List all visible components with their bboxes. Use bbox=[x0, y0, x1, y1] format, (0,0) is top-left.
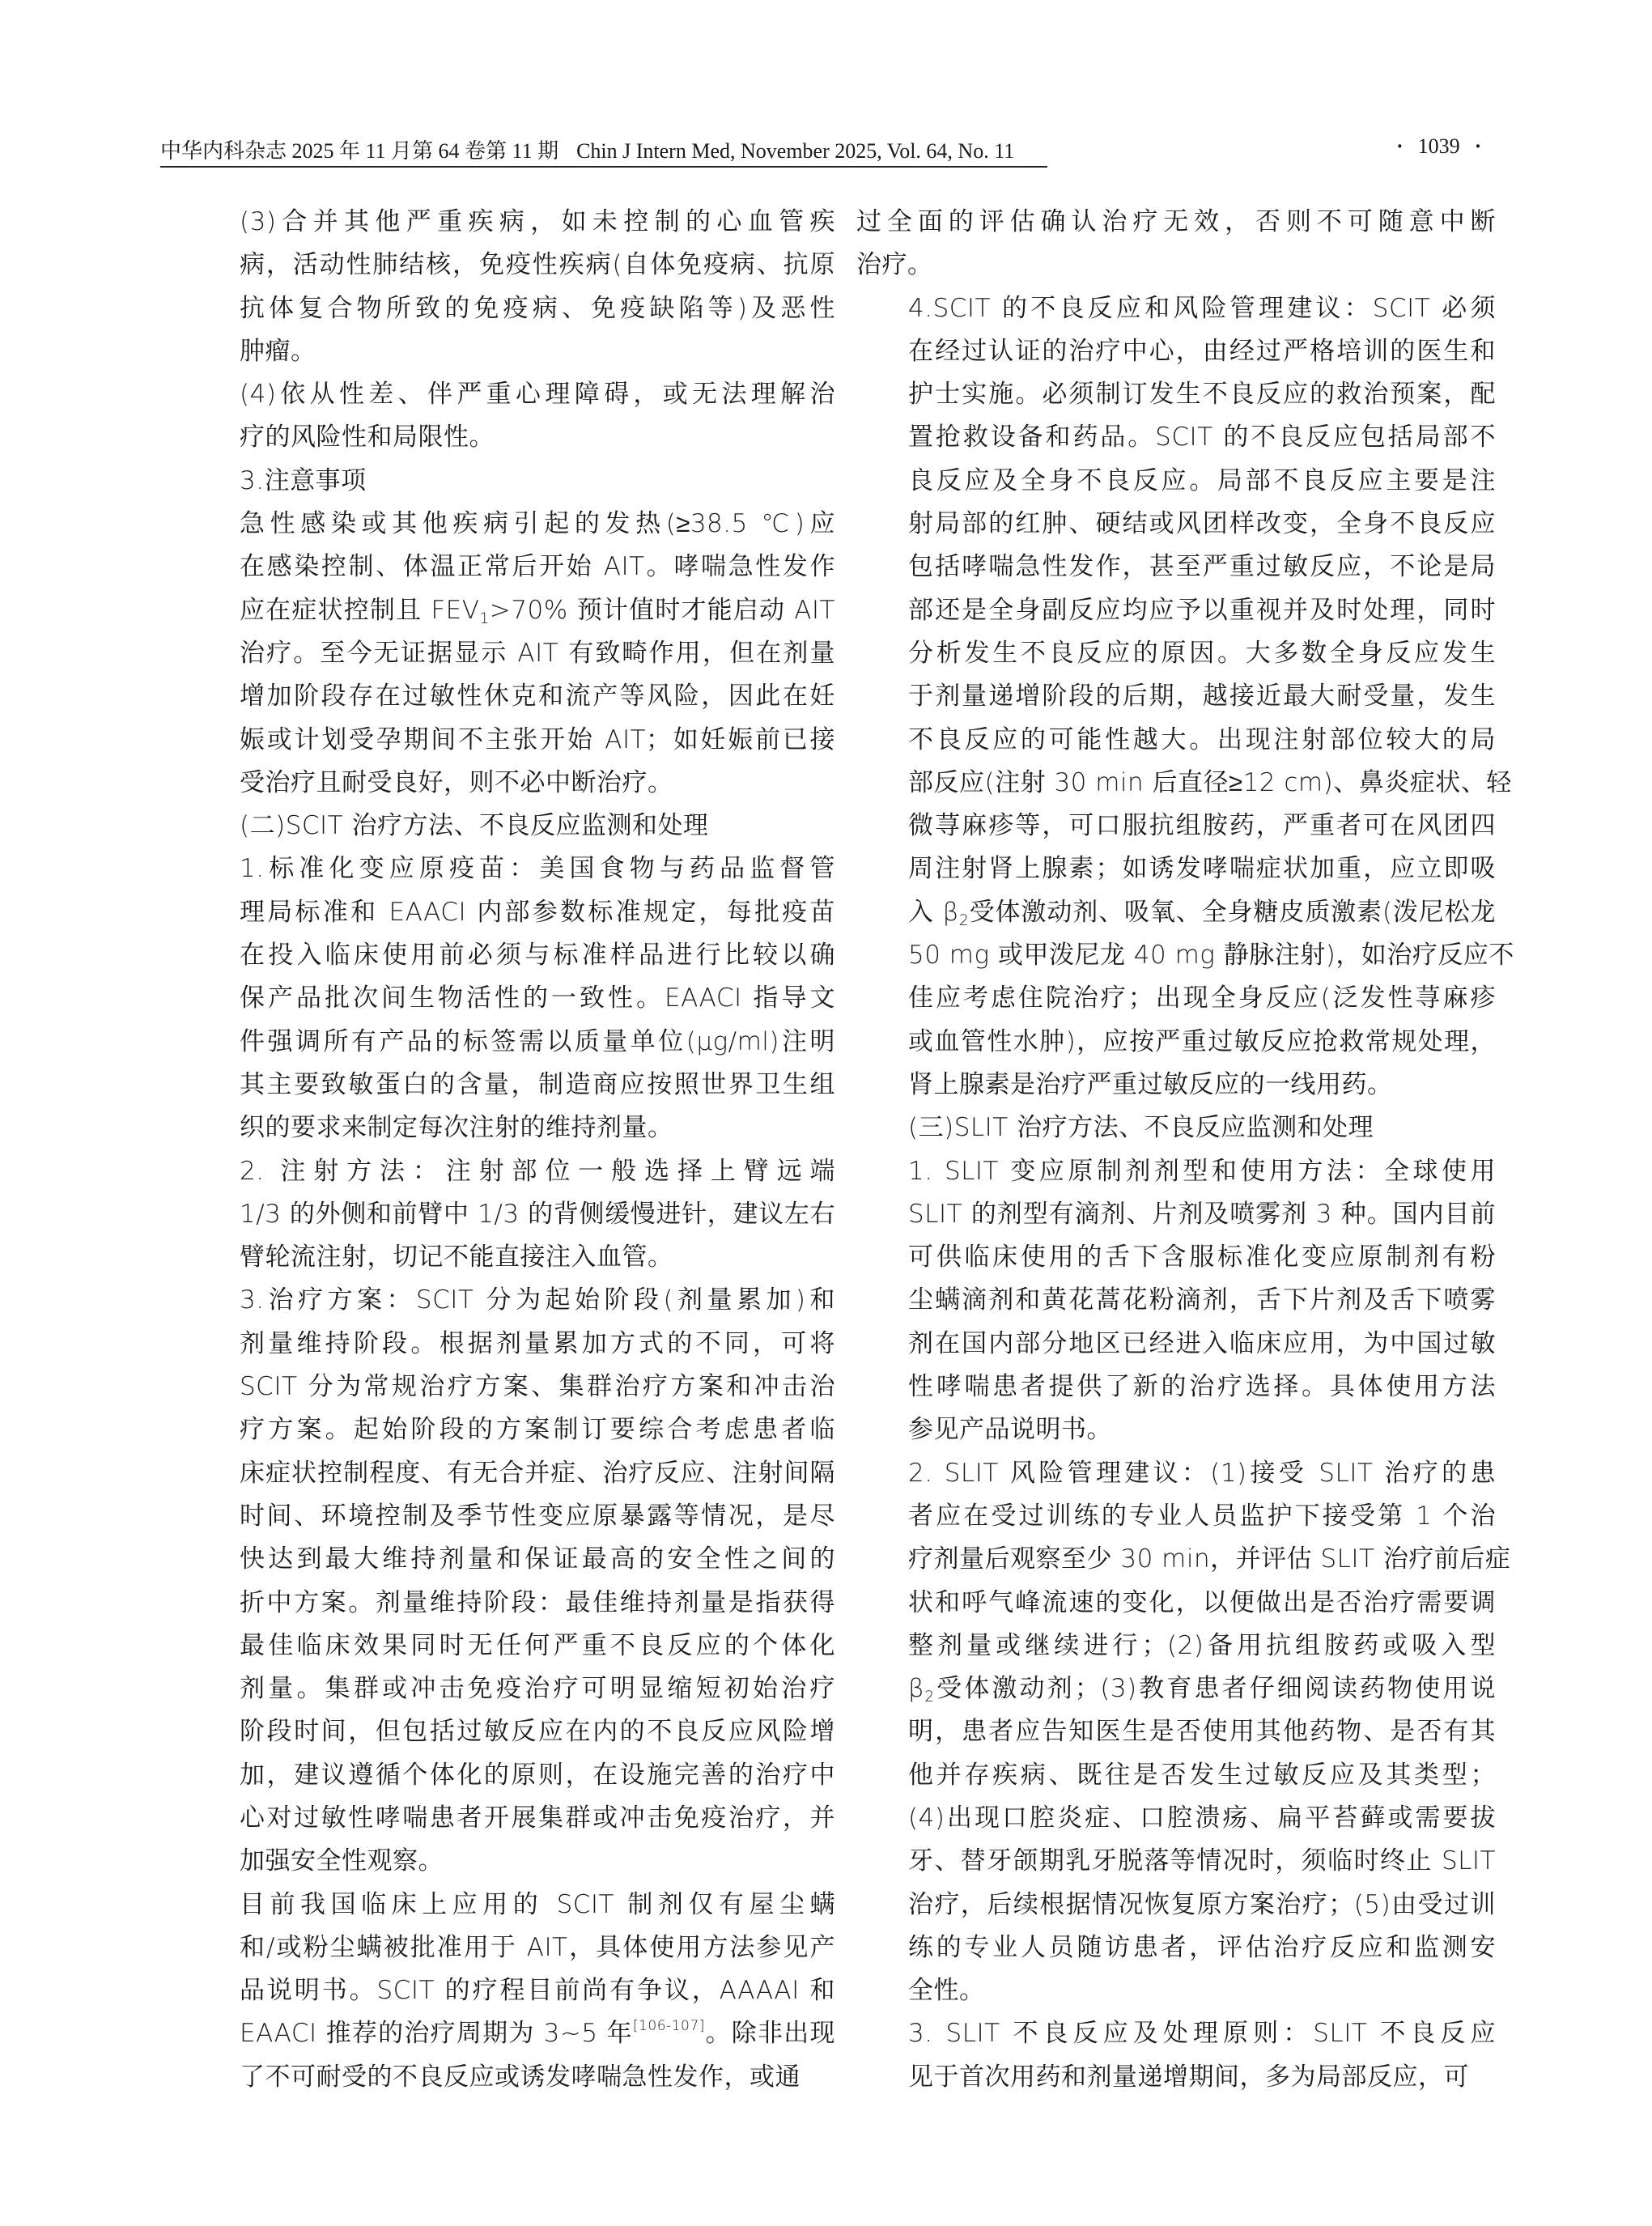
text-line: 参见产品说明书。 bbox=[856, 1408, 1496, 1451]
paragraph-contra-3: (3)合并其他严重疾病，如未控制的心血管疾病，活动性肺结核，免疫性疾病(自体免疫… bbox=[188, 201, 835, 373]
text-line: 加，建议遵循个体化的原则，在设施完善的治疗中 bbox=[188, 1754, 835, 1797]
text-line: 最佳临床效果同时无任何严重不良反应的个体化 bbox=[188, 1625, 835, 1667]
text-line: 50 mg 或甲泼尼龙 40 mg 静脉注射)，如治疗反应不 bbox=[856, 934, 1496, 977]
text-line: 见于首次用药和剂量递增期间，多为局部反应，可 bbox=[856, 2056, 1496, 2099]
text-line: 过全面的评估确认治疗无效，否则不可随意中断 bbox=[856, 201, 1496, 244]
text-line: 肿瘤。 bbox=[188, 330, 835, 373]
paragraph-scit-1: 1.标准化变应原疫苗：美国食物与药品监督管理局标准和 EAACI 内部参数标准规… bbox=[188, 847, 835, 1149]
page-number-value: 1039 bbox=[1418, 134, 1460, 158]
bullet-dot-icon: · bbox=[1396, 134, 1404, 158]
paragraph-slit-1: 1. SLIT 变应原制剂剂型和使用方法：全球使用SLIT 的剂型有滴剂、片剂及… bbox=[856, 1150, 1496, 1452]
text-line: β2受体激动剂；(3)教育患者仔细阅读药物使用说 bbox=[856, 1667, 1496, 1710]
text-line: 置抢救设备和药品。SCIT 的不良反应包括局部不 bbox=[856, 416, 1496, 459]
text-line: 部还是全身副反应均应予以重视并及时处理，同时 bbox=[856, 589, 1496, 632]
text-line: 治疗。 bbox=[856, 244, 1496, 287]
text-line: (三)SLIT 治疗方法、不良反应监测和处理 bbox=[856, 1107, 1496, 1149]
text-line: 和/或粉尘螨被批准用于 AIT，具体使用方法参见产 bbox=[188, 1927, 835, 1969]
text-line: 剂量。集群或冲击免疫治疗可明显缩短初始治疗 bbox=[188, 1667, 835, 1710]
text-line: 3.注意事项 bbox=[188, 460, 835, 503]
paragraph-scit-current-cont: 过全面的评估确认治疗无效，否则不可随意中断治疗。 bbox=[856, 201, 1496, 287]
text-line: 疗的风险性和局限性。 bbox=[188, 416, 835, 459]
text-line: 2. SLIT 风险管理建议：(1)接受 SLIT 治疗的患 bbox=[856, 1452, 1496, 1495]
text-line: (二)SCIT 治疗方法、不良反应监测和处理 bbox=[188, 805, 835, 847]
text-line: 他并存疾病、既往是否发生过敏反应及其类型； bbox=[856, 1754, 1496, 1797]
paragraph-slit-3: 3. SLIT 不良反应及处理原则：SLIT 不良反应见于首次用药和剂量递增期间… bbox=[856, 2012, 1496, 2099]
paragraph-scit-4: 4.SCIT 的不良反应和风险管理建议：SCIT 必须在经过认证的治疗中心，由经… bbox=[856, 287, 1496, 1107]
text-line: 肾上腺素是治疗严重过敏反应的一线用药。 bbox=[856, 1064, 1496, 1107]
text-line: 1/3 的外侧和前臂中 1/3 的背侧缓慢进针，建议左右 bbox=[188, 1193, 835, 1236]
running-header: 中华内科杂志 2025 年 11 月第 64 卷第 11 期Chin J Int… bbox=[160, 130, 1504, 167]
text-line: 时间、环境控制及季节性变应原暴露等情况，是尽 bbox=[188, 1495, 835, 1538]
text-line: 4.SCIT 的不良反应和风险管理建议：SCIT 必须 bbox=[856, 287, 1496, 330]
text-line: 治疗。至今无证据显示 AIT 有致畸作用，但在剂量 bbox=[188, 632, 835, 675]
paragraph-notes-body: 急性感染或其他疾病引起的发热(≥38.5 ℃)应在感染控制、体温正常后开始 AI… bbox=[188, 503, 835, 805]
page-number: ·1039· bbox=[1382, 134, 1496, 159]
text-line: 或血管性水肿)，应按严重过敏反应抢救常规处理， bbox=[856, 1021, 1496, 1064]
text-line: 射局部的红肿、硬结或风团样改变，全身不良反应 bbox=[856, 503, 1496, 546]
text-line: 治疗，后续根据情况恢复原方案治疗；(5)由受过训 bbox=[856, 1884, 1496, 1927]
text-line: 3. SLIT 不良反应及处理原则：SLIT 不良反应 bbox=[856, 2012, 1496, 2055]
text-line: 在投入临床使用前必须与标准样品进行比较以确 bbox=[188, 934, 835, 977]
text-line: 者应在受过训练的专业人员监护下接受第 1 个治 bbox=[856, 1495, 1496, 1538]
paragraph-scit-2: 2. 注射方法：注射部位一般选择上臂远端1/3 的外侧和前臂中 1/3 的背侧缓… bbox=[188, 1150, 835, 1280]
text-line: 状和呼气峰流速的变化，以便做出是否治疗需要调 bbox=[856, 1582, 1496, 1625]
text-line: EAACI 推荐的治疗周期为 3~5 年[106-107]。除非出现 bbox=[188, 2012, 835, 2055]
text-line: 件强调所有产品的标签需以质量单位(μg/ml)注明 bbox=[188, 1021, 835, 1064]
text-line: 理局标准和 EAACI 内部参数标准规定，每批疫苗 bbox=[188, 891, 835, 934]
paragraph-heading-notes: 3.注意事项 bbox=[188, 460, 835, 503]
text-line: 性哮喘患者提供了新的治疗选择。具体使用方法 bbox=[856, 1366, 1496, 1408]
text-line: 了不可耐受的不良反应或诱发哮喘急性发作，或通 bbox=[188, 2056, 835, 2099]
text-line: 心对过敏性哮喘患者开展集群或冲击免疫治疗，并 bbox=[188, 1797, 835, 1840]
text-line: 织的要求来制定每次注射的维持剂量。 bbox=[188, 1107, 835, 1149]
text-line: 抗体复合物所致的免疫病、免疫缺陷等)及恶性 bbox=[188, 287, 835, 330]
text-line: 入 β2受体激动剂、吸氧、全身糖皮质激素(泼尼松龙 bbox=[856, 891, 1496, 934]
text-line: 牙、替牙颌期乳牙脱落等情况时，须临时终止 SLIT bbox=[856, 1840, 1496, 1883]
journal-citation-en: Chin J Intern Med, November 2025, Vol. 6… bbox=[576, 139, 1014, 163]
text-line: 于剂量递增阶段的后期，越接近最大耐受量，发生 bbox=[856, 675, 1496, 718]
text-line: 剂量维持阶段。根据剂量累加方式的不同，可将 bbox=[188, 1323, 835, 1366]
text-line: 尘螨滴剂和黄花蒿花粉滴剂，舌下片剂及舌下喷雾 bbox=[856, 1279, 1496, 1322]
text-line: 品说明书。SCIT 的疗程目前尚有争议，AAAAI 和 bbox=[188, 1969, 835, 2012]
paragraph-heading-slit: (三)SLIT 治疗方法、不良反应监测和处理 bbox=[856, 1107, 1496, 1149]
text-line: 病，活动性肺结核，免疫性疾病(自体免疫病、抗原 bbox=[188, 244, 835, 287]
text-line: 可供临床使用的舌下含服标准化变应原制剂有粉 bbox=[856, 1236, 1496, 1279]
text-line: 1. SLIT 变应原制剂剂型和使用方法：全球使用 bbox=[856, 1150, 1496, 1193]
text-line: 3.治疗方案：SCIT 分为起始阶段(剂量累加)和 bbox=[188, 1279, 835, 1322]
text-line: 剂在国内部分地区已经进入临床应用，为中国过敏 bbox=[856, 1323, 1496, 1366]
bullet-dot-icon: · bbox=[1475, 134, 1482, 158]
text-line: 不良反应的可能性越大。出现注射部位较大的局 bbox=[856, 719, 1496, 762]
paragraph-scit-current: 目前我国临床上应用的 SCIT 制剂仅有屋尘螨和/或粉尘螨被批准用于 AIT，具… bbox=[188, 1884, 835, 2099]
text-line: (4)出现口腔炎症、口腔溃疡、扁平苔藓或需要拔 bbox=[856, 1797, 1496, 1840]
text-line: 部反应(注射 30 min 后直径≥12 cm)、鼻炎症状、轻 bbox=[856, 762, 1496, 805]
left-column: (3)合并其他严重疾病，如未控制的心血管疾病，活动性肺结核，免疫性疾病(自体免疫… bbox=[188, 201, 835, 2099]
text-line: 目前我国临床上应用的 SCIT 制剂仅有屋尘螨 bbox=[188, 1884, 835, 1927]
text-line: 增加阶段存在过敏性休克和流产等风险，因此在妊 bbox=[188, 675, 835, 718]
text-line: 包括哮喘急性发作，甚至严重过敏反应，不论是局 bbox=[856, 546, 1496, 588]
text-line: 练的专业人员随访患者，评估治疗反应和监测安 bbox=[856, 1927, 1496, 1969]
text-line: 疗剂量后观察至少 30 min，并评估 SLIT 治疗前后症 bbox=[856, 1538, 1496, 1581]
paragraph-slit-2: 2. SLIT 风险管理建议：(1)接受 SLIT 治疗的患者应在受过训练的专业… bbox=[856, 1452, 1496, 2013]
text-line: 加强安全性观察。 bbox=[188, 1840, 835, 1883]
text-line: 周注射肾上腺素；如诱发哮喘症状加重，应立即吸 bbox=[856, 847, 1496, 890]
text-line: SCIT 分为常规治疗方案、集群治疗方案和冲击治 bbox=[188, 1366, 835, 1408]
text-line: 全性。 bbox=[856, 1969, 1496, 2012]
text-line: 娠或计划受孕期间不主张开始 AIT；如妊娠前已接 bbox=[188, 719, 835, 762]
text-line: 折中方案。剂量维持阶段：最佳维持剂量是指获得 bbox=[188, 1582, 835, 1625]
journal-citation-cn: 中华内科杂志 2025 年 11 月第 64 卷第 11 期 bbox=[160, 139, 558, 163]
text-line: 床症状控制程度、有无合并症、治疗反应、注射间隔 bbox=[188, 1452, 835, 1495]
header-rule bbox=[160, 166, 1047, 168]
text-line: 受治疗且耐受良好，则不必中断治疗。 bbox=[188, 762, 835, 805]
text-line: 应在症状控制且 FEV1>70% 预计值时才能启动 AIT bbox=[188, 589, 835, 632]
text-line: SLIT 的剂型有滴剂、片剂及喷雾剂 3 种。国内目前 bbox=[856, 1193, 1496, 1236]
text-line: 1.标准化变应原疫苗：美国食物与药品监督管 bbox=[188, 847, 835, 890]
text-line: 快达到最大维持剂量和保证最高的安全性之间的 bbox=[188, 1538, 835, 1581]
text-line: 整剂量或继续进行；(2)备用抗组胺药或吸入型 bbox=[856, 1625, 1496, 1667]
text-line: (4)依从性差、伴严重心理障碍，或无法理解治 bbox=[188, 373, 835, 416]
text-line: 护士实施。必须制订发生不良反应的救治预案，配 bbox=[856, 373, 1496, 416]
text-line: 保产品批次间生物活性的一致性。EAACI 指导文 bbox=[188, 977, 835, 1020]
text-line: 其主要致敏蛋白的含量，制造商应按照世界卫生组 bbox=[188, 1064, 835, 1107]
text-line: 在感染控制、体温正常后开始 AIT。哮喘急性发作 bbox=[188, 546, 835, 588]
text-line: 臂轮流注射，切记不能直接注入血管。 bbox=[188, 1236, 835, 1279]
text-line: 2. 注射方法：注射部位一般选择上臂远端 bbox=[188, 1150, 835, 1193]
paragraph-contra-4: (4)依从性差、伴严重心理障碍，或无法理解治疗的风险性和局限性。 bbox=[188, 373, 835, 460]
text-line: 佳应考虑住院治疗；出现全身反应(泛发性荨麻疹 bbox=[856, 977, 1496, 1020]
text-line: 在经过认证的治疗中心，由经过严格培训的医生和 bbox=[856, 330, 1496, 373]
text-line: (3)合并其他严重疾病，如未控制的心血管疾 bbox=[188, 201, 835, 244]
text-line: 分析发生不良反应的原因。大多数全身反应发生 bbox=[856, 632, 1496, 675]
paragraph-scit-3: 3.治疗方案：SCIT 分为起始阶段(剂量累加)和剂量维持阶段。根据剂量累加方式… bbox=[188, 1279, 835, 1883]
paragraph-heading-scit: (二)SCIT 治疗方法、不良反应监测和处理 bbox=[188, 805, 835, 847]
text-line: 良反应及全身不良反应。局部不良反应主要是注 bbox=[856, 460, 1496, 503]
text-line: 阶段时间，但包括过敏反应在内的不良反应风险增 bbox=[188, 1710, 835, 1753]
journal-citation: 中华内科杂志 2025 年 11 月第 64 卷第 11 期Chin J Int… bbox=[160, 134, 1014, 164]
text-line: 微荨麻疹等，可口服抗组胺药，严重者可在风团四 bbox=[856, 805, 1496, 847]
text-line: 疗方案。起始阶段的方案制订要综合考虑患者临 bbox=[188, 1408, 835, 1451]
text-line: 明，患者应告知医生是否使用其他药物、是否有其 bbox=[856, 1710, 1496, 1753]
right-column: 过全面的评估确认治疗无效，否则不可随意中断治疗。4.SCIT 的不良反应和风险管… bbox=[856, 201, 1496, 2099]
text-line: 急性感染或其他疾病引起的发热(≥38.5 ℃)应 bbox=[188, 503, 835, 546]
